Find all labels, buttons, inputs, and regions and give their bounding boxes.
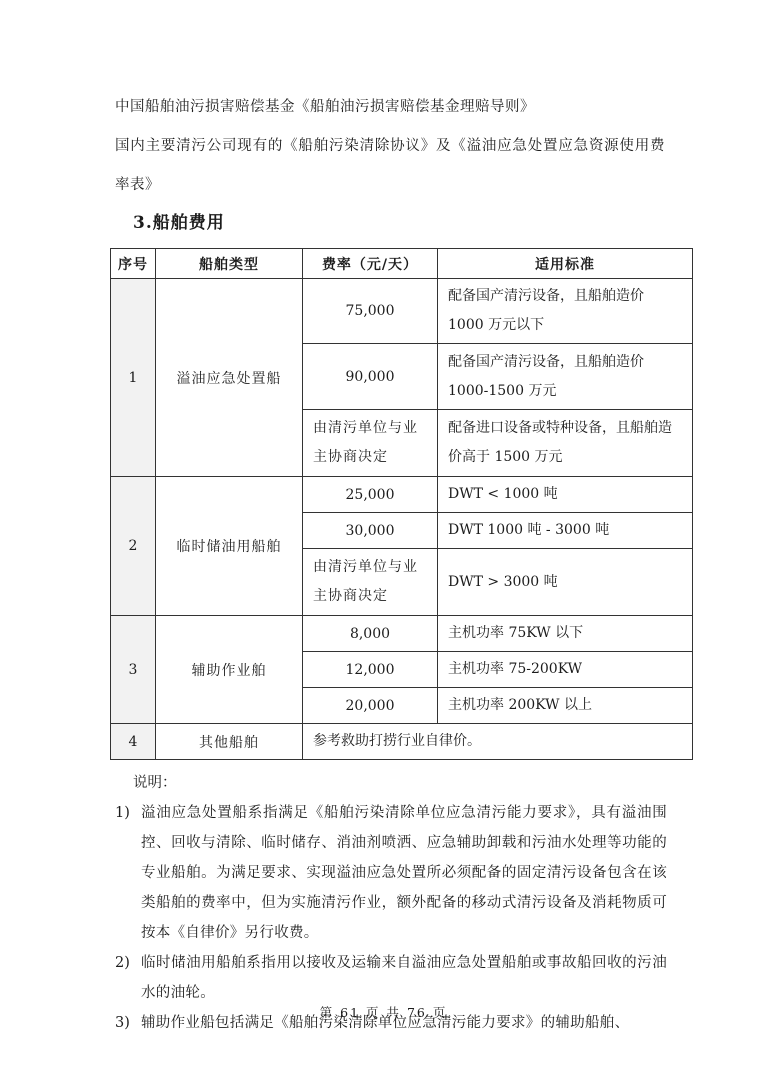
rate-cell: 90,000	[303, 344, 438, 410]
rate-cell: 30,000	[303, 513, 438, 549]
rate-cell: 由清污单位与业主协商决定	[303, 410, 438, 477]
standard-cell: 主机功率 200KW 以上	[438, 688, 693, 724]
note-number: 2)	[115, 948, 141, 978]
rate-cell: 8,000	[303, 616, 438, 652]
intro-paragraph-2: 国内主要清污公司现有的《船舶污染清除协议》及《溢油应急处置应急资源使用费率表》	[115, 127, 665, 205]
standard-cell: 配备进口设备或特种设备，且船舶造价高于 1500 万元	[438, 410, 693, 477]
standard-cell: DWT > 3000 吨	[438, 549, 693, 616]
rate-cell: 25,000	[303, 477, 438, 513]
note-item-1: 1) 溢油应急处置船系指满足《船舶污染清除单位应急清污能力要求》，具有溢油围控、…	[115, 798, 667, 948]
column-header-no: 序号	[111, 249, 156, 279]
standard-cell: DWT 1000 吨 - 3000 吨	[438, 513, 693, 549]
rate-cell: 20,000	[303, 688, 438, 724]
row-index-cell: 4	[111, 724, 156, 760]
ship-type-cell: 临时储油用船舶	[156, 477, 303, 616]
standard-cell: DWT < 1000 吨	[438, 477, 693, 513]
row-index-cell: 2	[111, 477, 156, 616]
merged-standard-cell: 参考救助打捞行业自律价。	[303, 724, 693, 760]
standard-cell: 主机功率 75-200KW	[438, 652, 693, 688]
note-number: 1)	[115, 798, 141, 828]
row-index-cell: 3	[111, 616, 156, 724]
table-row: 1 溢油应急处置船 75,000 配备国产清污设备，且船舶造价 1000 万元以…	[111, 279, 693, 344]
document-page: 中国船舶油污损害赔偿基金《船舶油污损害赔偿基金理赔导则》 国内主要清污公司现有的…	[0, 0, 767, 1085]
rate-cell: 12,000	[303, 652, 438, 688]
column-header-rate: 费率（元/天）	[303, 249, 438, 279]
table-header-row: 序号 船舶类型 费率（元/天） 适用标准	[111, 249, 693, 279]
note-item-2: 2) 临时储油用船舶系指用以接收及运输来自溢油应急处置船舶或事故船回收的污油水的…	[115, 948, 667, 1008]
column-header-standard: 适用标准	[438, 249, 693, 279]
ship-type-cell: 辅助作业舶	[156, 616, 303, 724]
rate-cell: 由清污单位与业主协商决定	[303, 549, 438, 616]
rate-cell: 75,000	[303, 279, 438, 344]
table-row: 3 辅助作业舶 8,000 主机功率 75KW 以下	[111, 616, 693, 652]
notes-section: 说明： 1) 溢油应急处置船系指满足《船舶污染清除单位应急清污能力要求》，具有溢…	[115, 768, 667, 1038]
standard-cell: 配备国产清污设备，且船舶造价 1000 万元以下	[438, 279, 693, 344]
intro-paragraph-1: 中国船舶油污损害赔偿基金《船舶油污损害赔偿基金理赔导则》	[115, 88, 665, 127]
page-content: 中国船舶油污损害赔偿基金《船舶油污损害赔偿基金理赔导则》 国内主要清污公司现有的…	[0, 0, 767, 1038]
section-heading: 3.船舶费用	[133, 208, 697, 238]
page-number: 第 61 页 共 76 页	[0, 1003, 767, 1021]
note-text: 溢油应急处置船系指满足《船舶污染清除单位应急清污能力要求》，具有溢油围控、回收与…	[141, 798, 667, 948]
table-row: 2 临时储油用船舶 25,000 DWT < 1000 吨	[111, 477, 693, 513]
notes-label: 说明：	[133, 768, 667, 798]
table-row: 4 其他船舶 参考救助打捞行业自律价。	[111, 724, 693, 760]
standard-cell: 配备国产清污设备，且船舶造价 1000-1500 万元	[438, 344, 693, 410]
standard-cell: 主机功率 75KW 以下	[438, 616, 693, 652]
ship-type-cell: 其他船舶	[156, 724, 303, 760]
note-text: 临时储油用船舶系指用以接收及运输来自溢油应急处置船舶或事故船回收的污油水的油轮。	[141, 948, 667, 1008]
ship-fee-table: 序号 船舶类型 费率（元/天） 适用标准 1 溢油应急处置船 75,000 配备…	[110, 248, 693, 760]
ship-type-cell: 溢油应急处置船	[156, 279, 303, 477]
row-index-cell: 1	[111, 279, 156, 477]
column-header-ship-type: 船舶类型	[156, 249, 303, 279]
